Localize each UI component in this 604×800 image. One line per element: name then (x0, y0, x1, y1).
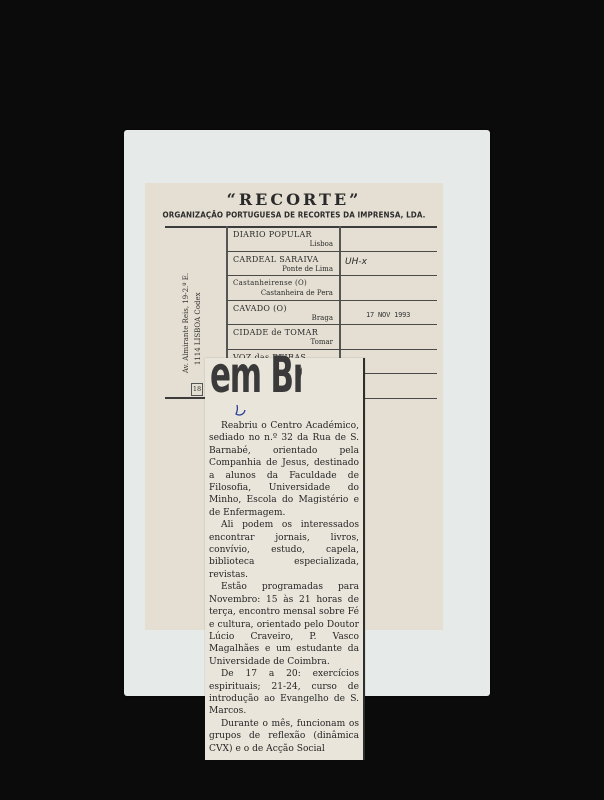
publication-name: CAVADO (O) (233, 304, 287, 313)
slip-header: “RECORTE” ORGANIZAÇÃO PORTUGUESA DE RECO… (145, 183, 443, 219)
article-paragraph: Durante o mês, funcionam os grupos de re… (209, 718, 359, 755)
article-paragraph: De 17 a 20: exercícios espirituais; 21-2… (209, 668, 359, 718)
publication-row: Castanheirense (O) Castanheira de Pera (227, 276, 437, 301)
publication-city: Tomar (311, 338, 334, 346)
pen-mark-icon (232, 404, 248, 418)
brand-title: “RECORTE” (145, 190, 443, 209)
publication-row: CAVADO (O) Braga 17 NOV 1993 (227, 301, 437, 326)
newspaper-article: em Braga Reabriu o Centro Académico, sed… (205, 358, 365, 760)
footer-rule (165, 397, 205, 399)
article-paragraph: Ali podem os interessados encontrar jorn… (209, 519, 359, 581)
publication-row: CARDEAL SARAIVA Ponte de Lima UH-x (227, 252, 437, 277)
publication-city: Ponte de Lima (282, 265, 333, 273)
address-line-1: Av. Almirante Reis, 19-2.º E. (180, 273, 192, 373)
date-stamp: 17 NOV 1993 (366, 311, 410, 319)
publication-row: DIARIO POPULAR Lisboa (227, 227, 437, 252)
publication-row: CIDADE de TOMAR Tomar (227, 325, 437, 350)
article-body: Reabriu o Centro Académico, sediado no n… (209, 420, 359, 755)
page-number: 18 (191, 383, 203, 396)
handwritten-mark: UH-x (345, 257, 367, 267)
publication-name: CARDEAL SARAIVA (233, 255, 319, 264)
publication-city: Castanheira de Pera (261, 289, 333, 297)
publication-city: Braga (312, 314, 333, 322)
publication-name: Castanheirense (O) (233, 279, 307, 287)
article-paragraph: Estão programadas para Novembro: 15 às 2… (209, 581, 359, 668)
publication-name: CIDADE de TOMAR (233, 328, 318, 337)
publication-name: DIARIO POPULAR (233, 230, 312, 239)
article-headline: em Braga (210, 354, 302, 404)
organization-name: ORGANIZAÇÃO PORTUGUESA DE RECORTES DA IM… (145, 209, 443, 219)
address-line-2: 1114 LISBOA Codex (192, 273, 204, 373)
publication-city: Lisboa (310, 240, 333, 248)
article-paragraph: Reabriu o Centro Académico, sediado no n… (209, 420, 359, 519)
